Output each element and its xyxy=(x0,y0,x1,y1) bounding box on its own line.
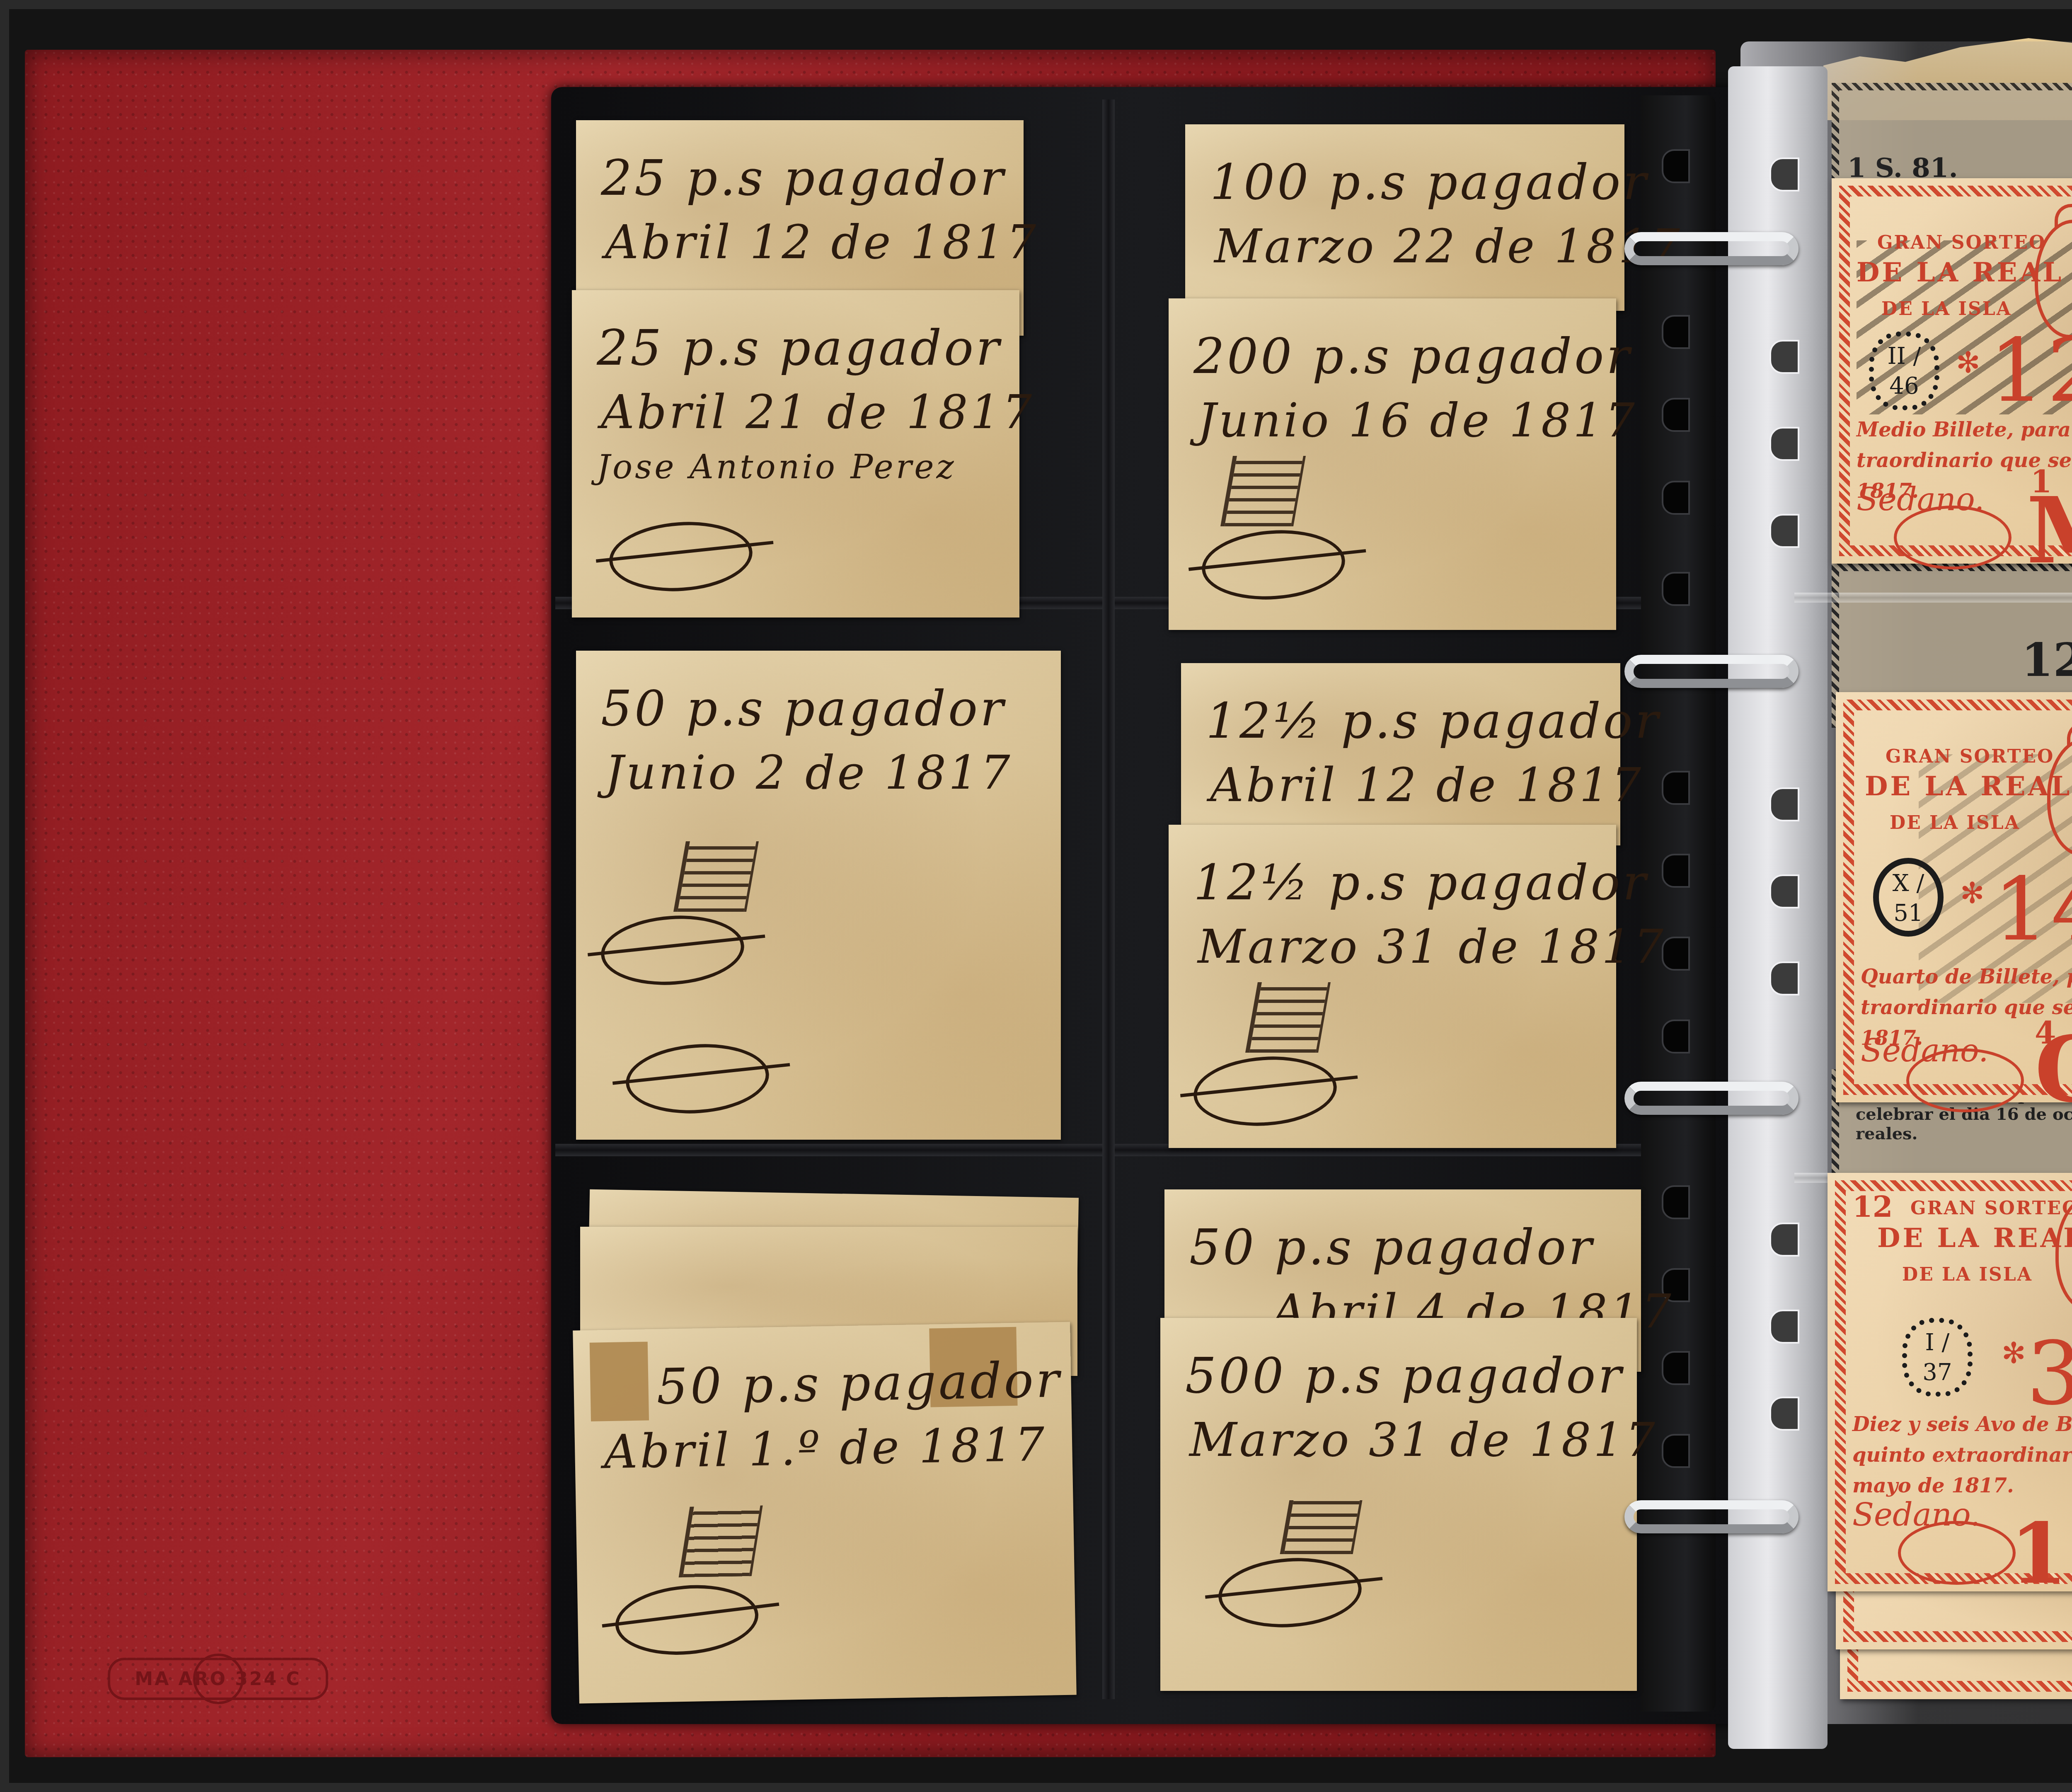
punch-hole-icon xyxy=(1662,1185,1690,1219)
signature-scrawl xyxy=(1245,982,1331,1053)
punch-hole-icon xyxy=(1662,481,1690,515)
signature-flourish xyxy=(607,517,755,596)
receipt-card: 50 p.s pagador Junio 2 de 1817 xyxy=(576,651,1061,1140)
signature-loop xyxy=(1898,1521,2016,1585)
hinge-tape xyxy=(590,1342,649,1421)
punch-hole-icon xyxy=(1662,398,1690,432)
asterisk-ornament-icon: ✻ xyxy=(1956,348,1980,377)
punch-hole-icon xyxy=(1662,315,1690,349)
binder-ring-icon xyxy=(1624,1082,1798,1115)
receipt-card: 12½ p.s pagador Marzo 31 de 1817 xyxy=(1169,825,1616,1148)
receipt-card: 12½ p.s pagador Abril 12 de 1817 xyxy=(1181,663,1620,845)
receipt-card: 25 p.s pagador Abril 21 de 1817 Jose Ant… xyxy=(572,290,1019,618)
signature-flourish xyxy=(1216,1553,1364,1632)
asterisk-ornament-icon: ✻ xyxy=(1960,879,1985,908)
signature-scrawl xyxy=(1280,1500,1363,1554)
signature-loop xyxy=(1906,1049,2024,1112)
punch-hole-icon xyxy=(1662,1351,1690,1385)
punch-hole-icon xyxy=(1769,427,1799,461)
hexagon-stamp: I / 37 xyxy=(1902,1318,1973,1397)
binder-ring-icon xyxy=(1624,1500,1798,1533)
binder-ring-icon xyxy=(1624,655,1798,688)
punch-hole-icon xyxy=(1662,937,1690,971)
punch-hole-icon xyxy=(1662,572,1690,606)
punch-hole-icon xyxy=(1662,1434,1690,1468)
asterisk-ornament-icon: ✻ xyxy=(2002,1339,2026,1368)
signature-flourish xyxy=(612,1579,761,1661)
cover-logo-emboss: MA ARO 324 C xyxy=(108,1658,328,1700)
punch-hole-icon xyxy=(1769,1310,1799,1344)
oval-stamp: X / 51 xyxy=(1873,858,1944,937)
signature-loop xyxy=(1894,506,2011,569)
punch-hole-icon xyxy=(1769,157,1799,191)
punch-hole-icon xyxy=(1662,1020,1690,1053)
punch-hole-icon xyxy=(1662,854,1690,888)
lottery-ticket: GRAN SORTEO DE LA REAL DE LA ISLA QUINTO… xyxy=(1832,178,2072,564)
lottery-ticket: GRAN SORTEO DE LA REAL DE LA ISLA QUINTO… xyxy=(1836,692,2072,1102)
punch-hole-icon xyxy=(1769,514,1799,548)
punch-hole-icon xyxy=(1769,961,1799,995)
lottery-ticket: 12 GRAN SORTEO DE LA REAL DE LA ISLA QUI… xyxy=(1828,1173,2072,1591)
emboss-seal-icon xyxy=(193,1654,244,1704)
signature-scrawl xyxy=(673,841,759,912)
signature-flourish xyxy=(1200,525,1348,604)
signature-flourish xyxy=(1191,1052,1339,1131)
punch-hole-icon xyxy=(1769,874,1799,908)
receipt-card: 100 p.s pagador Marzo 22 de 1817 xyxy=(1185,124,1624,311)
receipt-card: 50 p.s pagador Abril 1.º de 1817 xyxy=(573,1322,1077,1704)
punch-hole-icon xyxy=(1769,340,1799,374)
hexagon-stamp: II / 46 xyxy=(1869,332,1939,410)
signature-flourish xyxy=(624,1039,772,1118)
signature-flourish xyxy=(599,911,747,990)
receipt-card: 500 p.s pagador Marzo 31 de 1817 xyxy=(1160,1318,1637,1691)
signature-scrawl xyxy=(1220,456,1306,526)
punch-hole-icon xyxy=(1769,1397,1799,1431)
stock-divider xyxy=(1102,99,1115,1699)
binder-ring-icon xyxy=(1624,232,1798,265)
receipt-card: 200 p.s pagador Junio 16 de 1817 xyxy=(1169,298,1616,630)
signature-scrawl xyxy=(679,1506,763,1578)
punch-hole-icon xyxy=(1769,1223,1799,1257)
punch-hole-icon xyxy=(1662,149,1690,183)
pocket-seam xyxy=(1794,593,2072,603)
punch-hole-icon xyxy=(1769,787,1799,821)
punch-hole-icon xyxy=(1662,771,1690,805)
